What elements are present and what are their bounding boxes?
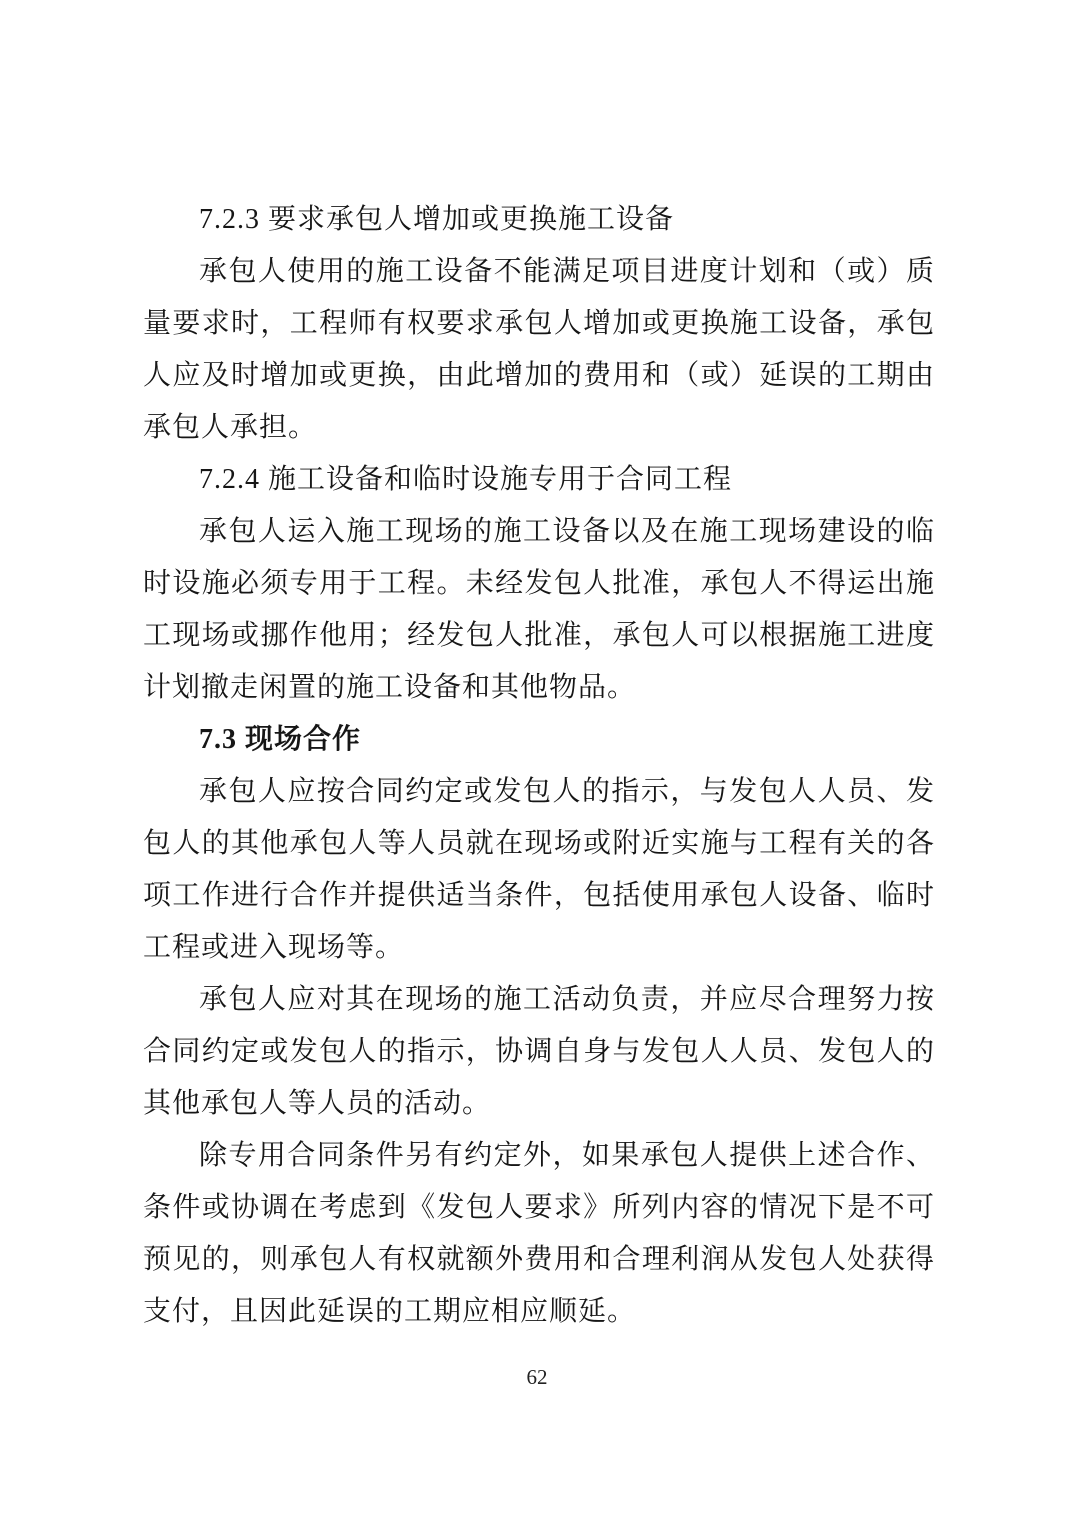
section-heading-7-2-4: 7.2.4 施工设备和临时设施专用于合同工程 bbox=[143, 454, 935, 506]
section-heading-7-2-3: 7.2.3 要求承包人增加或更换施工设备 bbox=[143, 194, 935, 246]
paragraph-site-cooperation: 承包人应按合同约定或发包人的指示，与发包人人员、发包人的其他承包人等人员就在现场… bbox=[143, 766, 935, 974]
page-number: 62 bbox=[0, 1362, 1074, 1392]
section-heading-7-3: 7.3 现场合作 bbox=[143, 714, 935, 766]
paragraph-equipment-replacement: 承包人使用的施工设备不能满足项目进度计划和（或）质量要求时，工程师有权要求承包人… bbox=[143, 246, 935, 454]
document-page: 7.2.3 要求承包人增加或更换施工设备 承包人使用的施工设备不能满足项目进度计… bbox=[0, 0, 1074, 1520]
paragraph-site-activity-responsibility: 承包人应对其在现场的施工活动负责，并应尽合理努力按合同约定或发包人的指示，协调自… bbox=[143, 974, 935, 1130]
paragraph-unforeseeable-compensation: 除专用合同条件另有约定外，如果承包人提供上述合作、条件或协调在考虑到《发包人要求… bbox=[143, 1130, 935, 1338]
paragraph-equipment-dedicated-use: 承包人运入施工现场的施工设备以及在施工现场建设的临时设施必须专用于工程。未经发包… bbox=[143, 506, 935, 714]
document-content: 7.2.3 要求承包人增加或更换施工设备 承包人使用的施工设备不能满足项目进度计… bbox=[143, 194, 935, 1338]
